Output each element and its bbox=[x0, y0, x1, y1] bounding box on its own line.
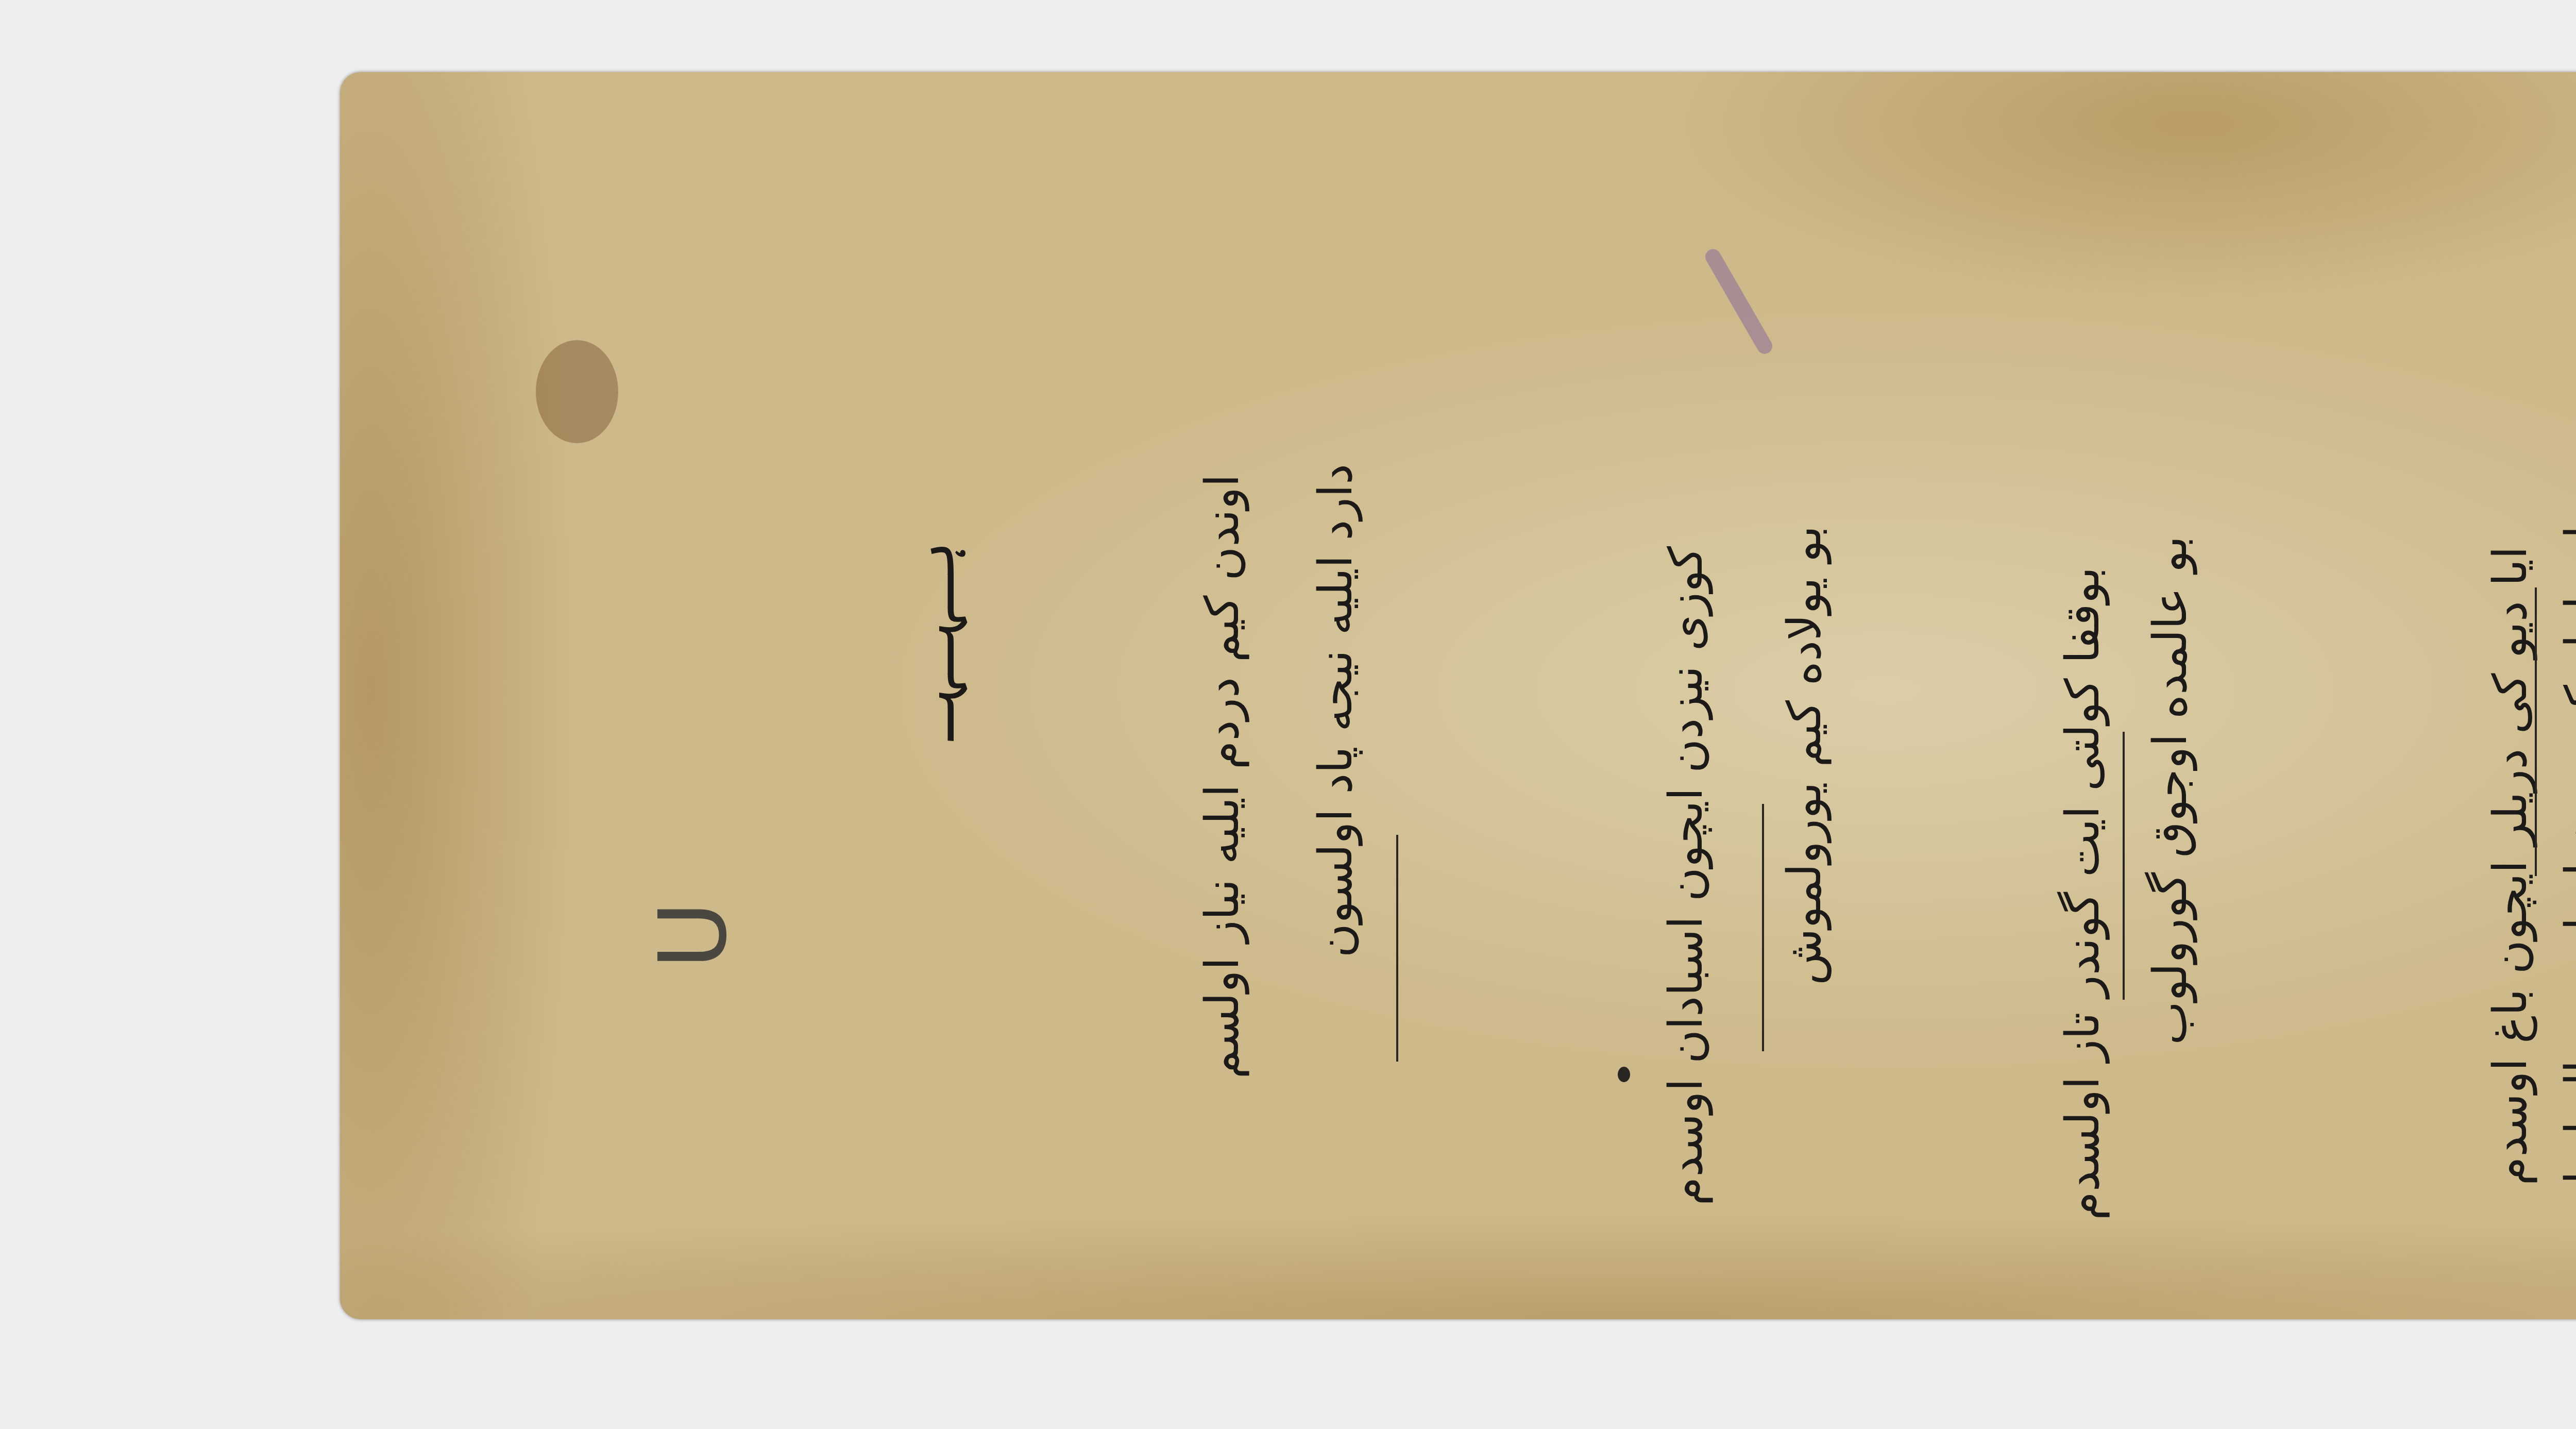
water-stain bbox=[536, 340, 618, 443]
manuscript-leaf: او دلدار کی جوهرلر ایچون بال او ل ایا دی… bbox=[340, 72, 2576, 1319]
verse-1-line-b: ایا دیو کی دریلر ایچون باغ اوسدم bbox=[2483, 546, 2537, 1185]
verse-2-line-b: بوقفا کولتی ایت گوندر تاز اولسدم bbox=[2056, 567, 2110, 1220]
verse-3-rule bbox=[1762, 804, 1764, 1051]
verse-2-line-a: بو عالمده اوجوق گورولوب bbox=[2143, 536, 2197, 1045]
verse-3-line-b: کوزی نیزدن ایچون اسبادان اوسدم bbox=[1659, 546, 1713, 1205]
pencil-mark: U bbox=[639, 901, 747, 969]
verse-4-line-a: دارد ایلیه نیجه پاد اولسون bbox=[1309, 464, 1363, 957]
verse-3-line-a: بو یولاده کیم یورولموش bbox=[1777, 526, 1832, 985]
verse-1-line-a: او دلدار کی جوهرلر ایچون بال او ل bbox=[2555, 526, 2576, 1205]
ink-smudge bbox=[1703, 246, 1775, 357]
verse-4-rule bbox=[1396, 835, 1398, 1062]
ink-dot bbox=[1618, 1067, 1630, 1082]
verse-2-rule bbox=[2123, 732, 2125, 1000]
verse-4-line-b: اوندن کیم دردم ایلیه نیاز اولسم bbox=[1195, 474, 1249, 1079]
calligraphic-flourish: ہـہـہـ bbox=[901, 542, 967, 741]
verse-1-rule bbox=[2535, 587, 2537, 876]
